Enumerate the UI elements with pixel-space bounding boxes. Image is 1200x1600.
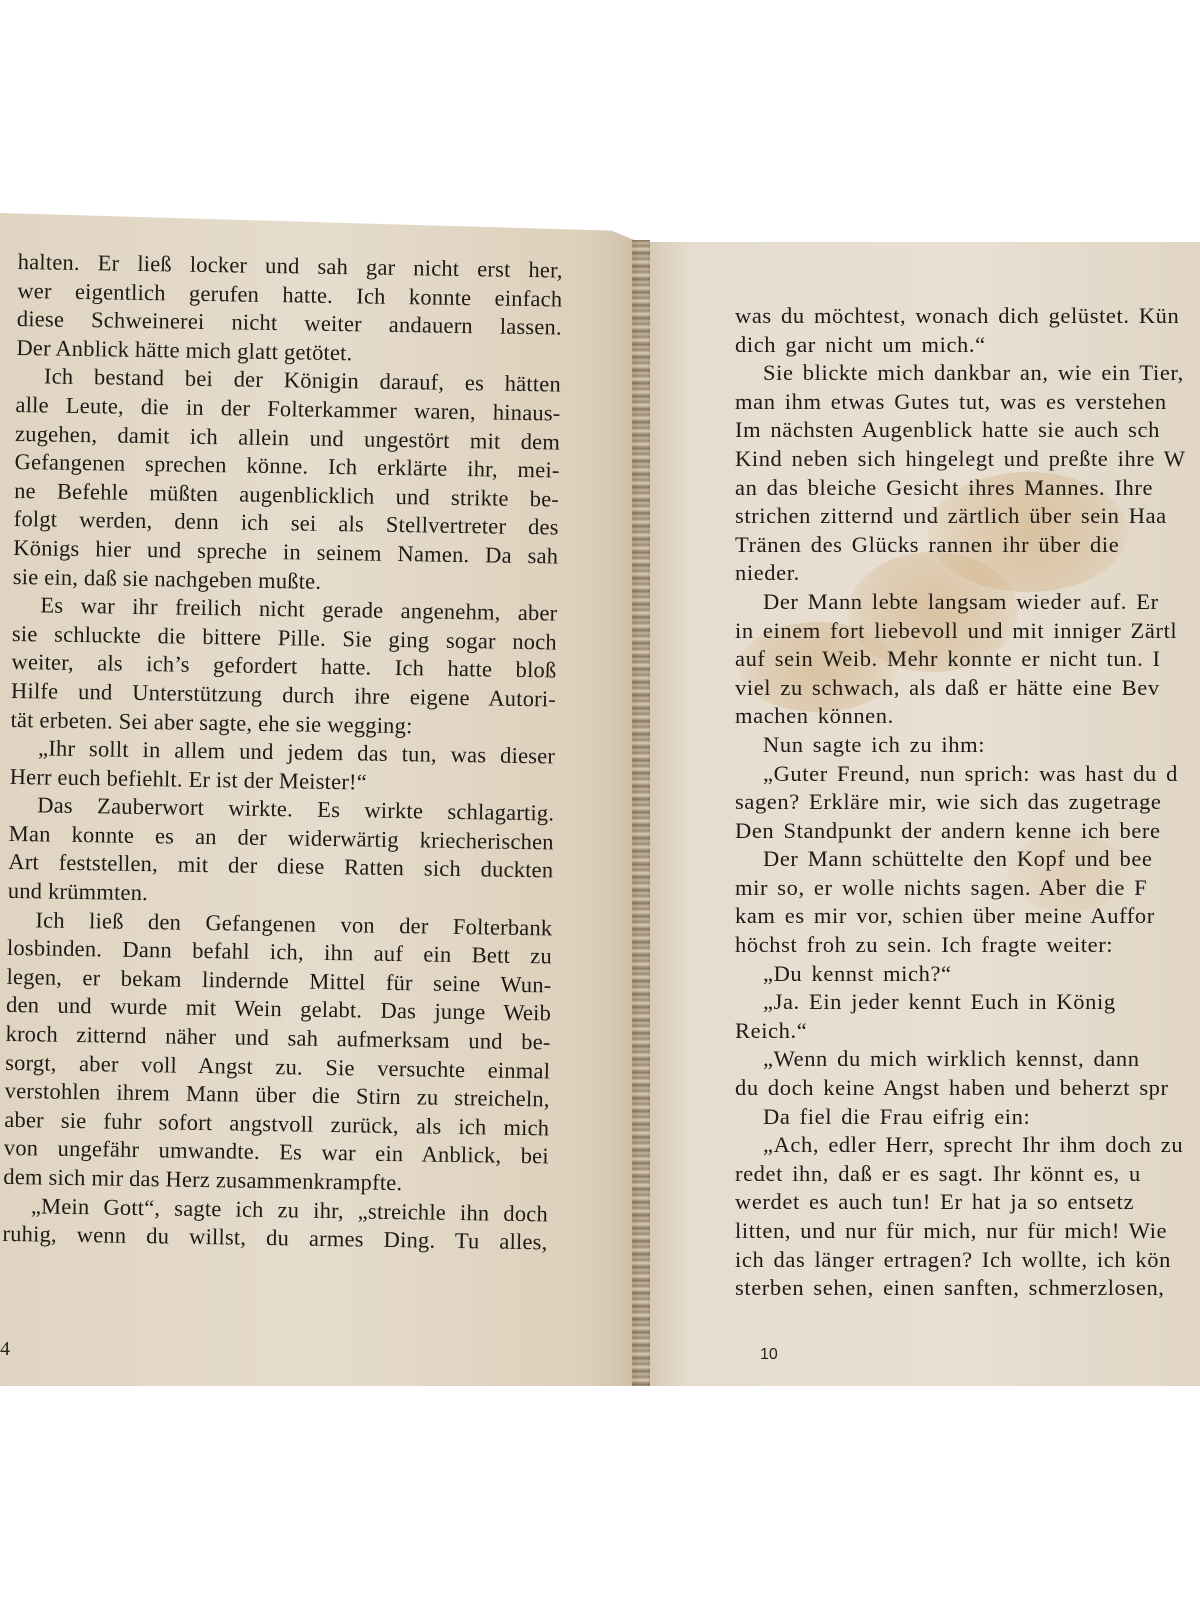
text-line: „Guter Freund, nun sprich: was hast du d — [735, 760, 1200, 789]
text-line: Den Standpunkt der andern kenne ich bere — [735, 817, 1200, 846]
text-line: viel zu schwach, als daß er hätte eine B… — [735, 674, 1200, 703]
text-line: nieder. — [735, 559, 1200, 588]
text-line: strichen zitternd und zärtlich über sein… — [735, 502, 1200, 531]
text-line: du doch keine Angst haben und beherzt sp… — [735, 1074, 1200, 1103]
text-line: Sie blickte mich dankbar an, wie ein Tie… — [735, 359, 1200, 388]
text-line: auf sein Weib. Mehr konnte er nicht tun.… — [735, 645, 1200, 674]
text-line: Nun sagte ich zu ihm: — [735, 731, 1200, 760]
text-line: „Du kennst mich?“ — [735, 960, 1200, 989]
text-line: dich gar nicht um mich.“ — [735, 331, 1200, 360]
text-line: Kind neben sich hingelegt und preßte ihr… — [735, 445, 1200, 474]
text-line: mir so, er wolle nichts sagen. Aber die … — [735, 874, 1200, 903]
text-line: an das bleiche Gesicht ihres Mannes. Ihr… — [735, 474, 1200, 503]
right-page-text: was du möchtest, wonach dich gelüstet. K… — [735, 302, 1200, 1303]
right-page-number: 10 — [760, 1346, 778, 1364]
text-line: kam es mir vor, schien über meine Auffor — [735, 902, 1200, 931]
text-line: machen können. — [735, 702, 1200, 731]
left-page-text: halten. Er ließ locker und sah gar nicht… — [2, 248, 563, 1257]
book-binding-gutter — [632, 240, 650, 1386]
text-line: Reich.“ — [735, 1017, 1200, 1046]
text-line: was du möchtest, wonach dich gelüstet. K… — [735, 302, 1200, 331]
text-line: werdet es auch tun! Er hat ja so entsetz — [735, 1188, 1200, 1217]
text-line: Im nächsten Augenblick hatte sie auch sc… — [735, 416, 1200, 445]
text-line: sagen? Erkläre mir, wie sich das zugetra… — [735, 788, 1200, 817]
text-line: höchst froh zu sein. Ich fragte weiter: — [735, 931, 1200, 960]
text-line: Der Mann lebte langsam wieder auf. Er — [735, 588, 1200, 617]
text-line: sterben sehen, einen sanften, schmerzlos… — [735, 1274, 1200, 1303]
text-line: Da fiel die Frau eifrig ein: — [735, 1103, 1200, 1132]
text-line: in einem fort liebevoll und mit inniger … — [735, 617, 1200, 646]
text-line: litten, und nur für mich, nur für mich! … — [735, 1217, 1200, 1246]
text-line: ich das länger ertragen? Ich wollte, ich… — [735, 1246, 1200, 1275]
text-line: redet ihn, daß er es sagt. Ihr könnt es,… — [735, 1160, 1200, 1189]
text-line: Der Mann schüttelte den Kopf und bee — [735, 845, 1200, 874]
text-line: „Ja. Ein jeder kennt Euch in König — [735, 988, 1200, 1017]
open-book-spread: halten. Er ließ locker und sah gar nicht… — [0, 0, 1200, 1600]
text-line: man ihm etwas Gutes tut, was es verstehe… — [735, 388, 1200, 417]
text-line: „Wenn du mich wirklich kennst, dann — [735, 1045, 1200, 1074]
text-line: „Ach, edler Herr, sprecht Ihr ihm doch z… — [735, 1131, 1200, 1160]
left-page-number: 4 — [0, 1338, 10, 1361]
text-line: Tränen des Glücks rannen ihr über die — [735, 531, 1200, 560]
